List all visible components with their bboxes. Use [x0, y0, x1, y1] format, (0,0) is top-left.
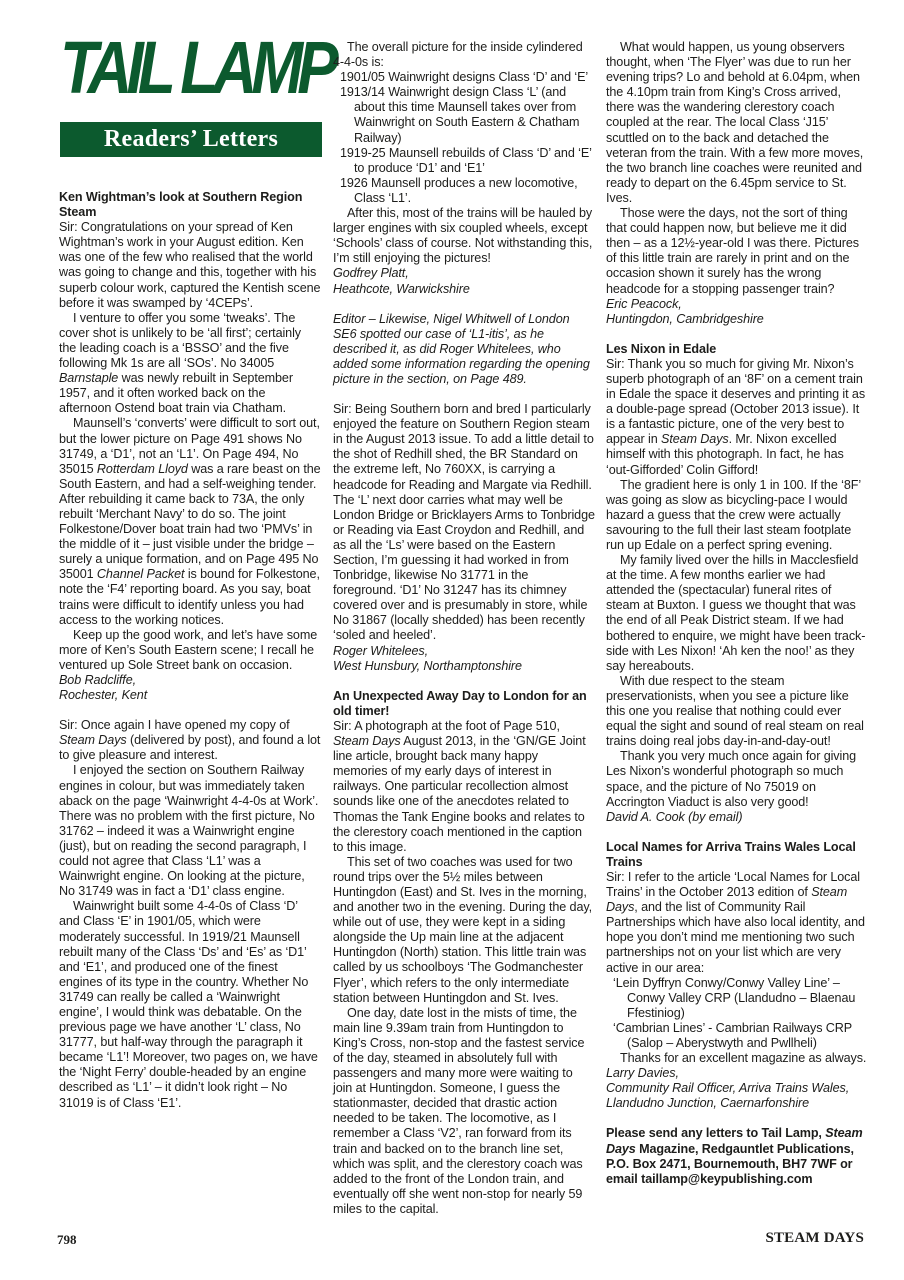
letter-paragraph: Sir: I refer to the article ‘Local Names… [606, 870, 868, 976]
signature-name: Bob Radcliffe, [59, 673, 321, 688]
editor-note: Editor – Likewise, Nigel Whitwell of Lon… [333, 312, 595, 387]
letter-paragraph: Sir: A photograph at the foot of Page 51… [333, 719, 595, 855]
section-banner: Readers’ Letters [60, 122, 322, 157]
letter-paragraph: Wainwright built some 4-4-0s of Class ‘D… [59, 899, 321, 1110]
signature-name: David A. Cook (by email) [606, 810, 868, 825]
letter-heading: Local Names for Arriva Trains Wales Loca… [606, 840, 868, 870]
letter-paragraph: I venture to offer you some ‘tweaks’. Th… [59, 311, 321, 417]
masthead: TAIL LAMP Readers’ Letters [60, 28, 322, 157]
letter-paragraph: Sir: Congratulations on your spread of K… [59, 220, 321, 311]
letter-paragraph: Thanks for an excellent magazine as alwa… [606, 1051, 868, 1066]
column-1: Ken Wightman’s look at Southern Region S… [59, 190, 321, 1111]
signature-name: Larry Davies, [606, 1066, 868, 1081]
letter-paragraph: Sir: Thank you so much for giving Mr. Ni… [606, 357, 868, 478]
letter-heading: An Unexpected Away Day to London for an … [333, 689, 595, 719]
contact-info: Please send any letters to Tail Lamp, St… [606, 1126, 868, 1186]
magazine-name: STEAM DAYS [765, 1230, 864, 1247]
signature-place: Heathcote, Warwickshire [333, 282, 595, 297]
signature-role: Community Rail Officer, Arriva Trains Wa… [606, 1081, 868, 1096]
letter-paragraph: My family lived over the hills in Maccle… [606, 553, 868, 674]
letter-paragraph: One day, date lost in the mists of time,… [333, 1006, 595, 1217]
letter-paragraph: What would happen, us young observers th… [606, 40, 868, 206]
list-item: ‘Lein Dyffryn Conwy/Conwy Valley Line’ –… [606, 976, 868, 1021]
letter-paragraph: Thank you very much once again for givin… [606, 749, 868, 809]
signature-name: Eric Peacock, [606, 297, 868, 312]
letter-paragraph: Sir: Being Southern born and bred I part… [333, 402, 595, 644]
letter-paragraph: With due respect to the steam preservati… [606, 674, 868, 749]
column-3: What would happen, us young observers th… [606, 40, 868, 1187]
list-item: 1913/14 Wainwright design Class ‘L’ (and… [333, 85, 595, 145]
letter-paragraph: Sir: Once again I have opened my copy of… [59, 718, 321, 763]
list-item: ‘Cambrian Lines’ - Cambrian Railways CRP… [606, 1021, 868, 1051]
tail-lamp-logo: TAIL LAMP [60, 28, 280, 108]
letter-paragraph: Those were the days, not the sort of thi… [606, 206, 868, 297]
letter-heading: Ken Wightman’s look at Southern Region S… [59, 190, 321, 220]
column-2: The overall picture for the inside cylin… [333, 40, 595, 1217]
letter-paragraph: The gradient here is only 1 in 100. If t… [606, 478, 868, 553]
signature-place: West Hunsbury, Northamptonshire [333, 659, 595, 674]
letter-paragraph: I enjoyed the section on Southern Railwa… [59, 763, 321, 899]
page-number: 798 [57, 1232, 77, 1248]
letter-paragraph: The overall picture for the inside cylin… [333, 40, 595, 70]
letter-paragraph: Maunsell’s ‘converts’ were difficult to … [59, 416, 321, 627]
letter-heading: Les Nixon in Edale [606, 342, 868, 357]
list-item: 1919-25 Maunsell rebuilds of Class ‘D’ a… [333, 146, 595, 176]
list-item: 1901/05 Wainwright designs Class ‘D’ and… [333, 70, 595, 85]
list-item: 1926 Maunsell produces a new locomotive,… [333, 176, 595, 206]
letter-paragraph: After this, most of the trains will be h… [333, 206, 595, 266]
letter-paragraph: Keep up the good work, and let’s have so… [59, 628, 321, 673]
signature-name: Godfrey Platt, [333, 266, 595, 281]
signature-place: Llandudno Junction, Caernarfonshire [606, 1096, 868, 1111]
letter-paragraph: This set of two coaches was used for two… [333, 855, 595, 1006]
signature-place: Rochester, Kent [59, 688, 321, 703]
signature-name: Roger Whitelees, [333, 644, 595, 659]
signature-place: Huntingdon, Cambridgeshire [606, 312, 868, 327]
